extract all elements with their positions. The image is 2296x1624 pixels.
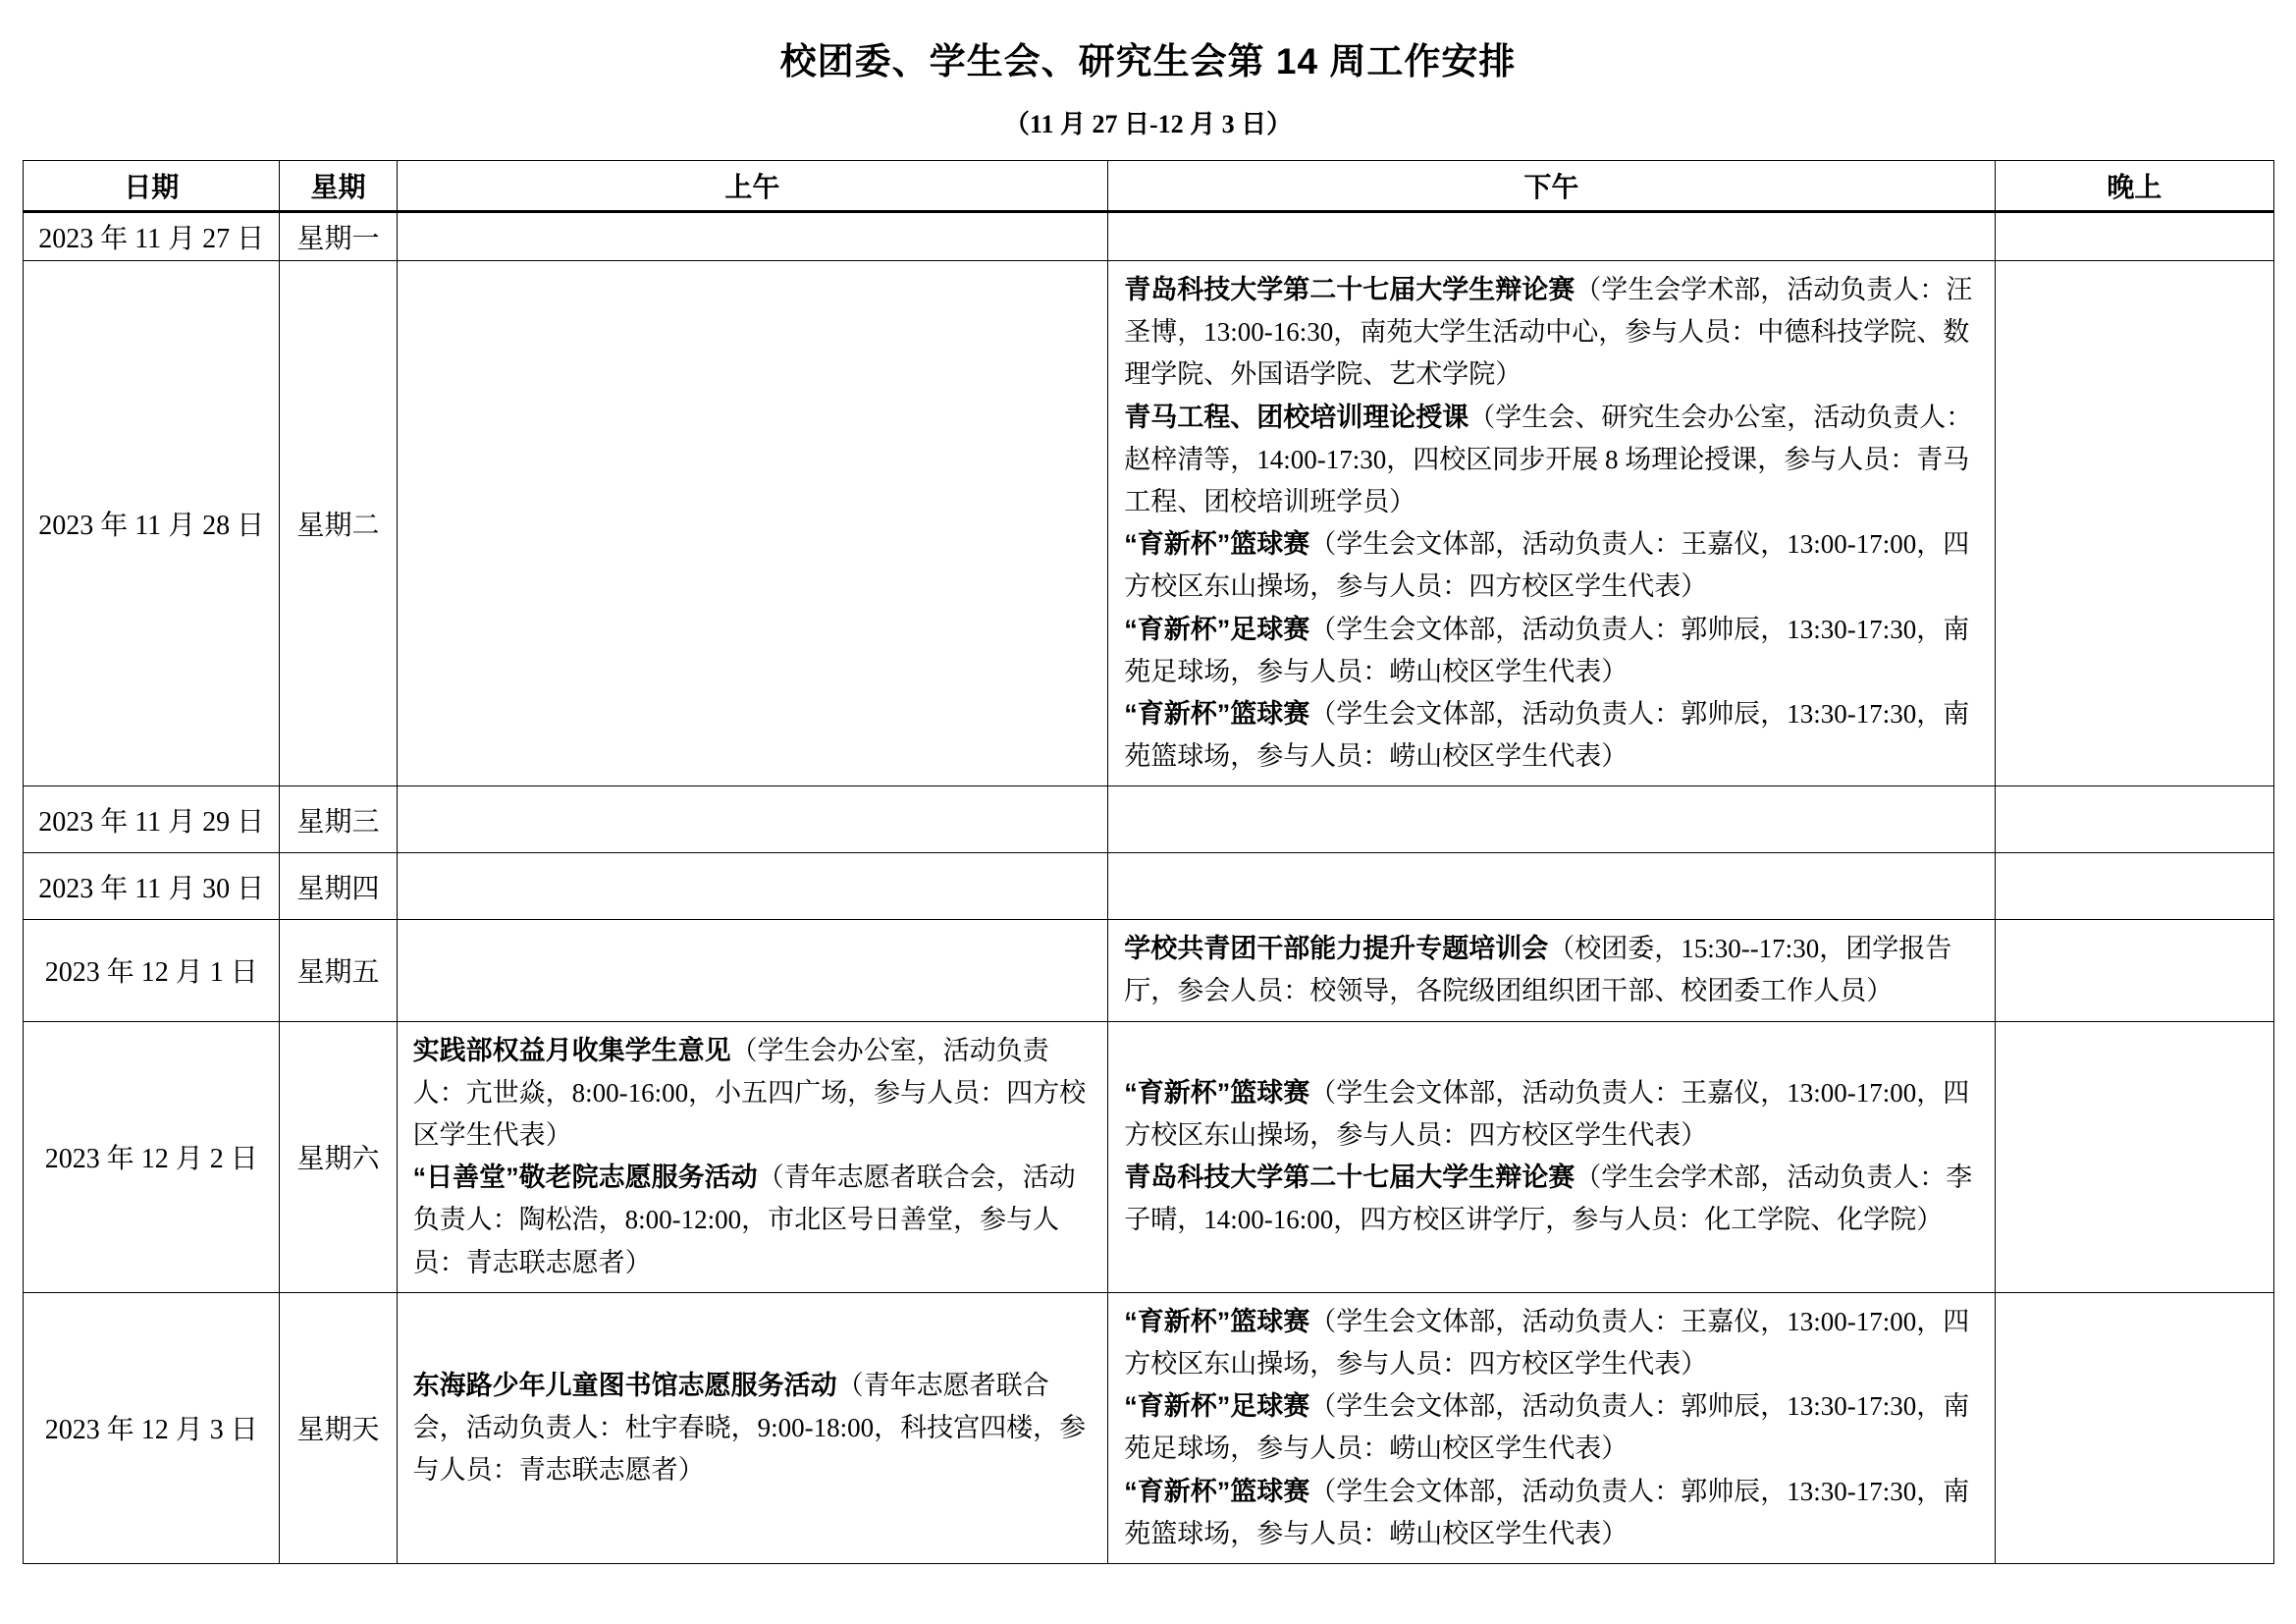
schedule-table: 日期星期上午下午晚上 2023 年 11 月 27 日星期一2023 年 11 … [23, 160, 2274, 1564]
activity-name: 学校共青团干部能力提升专题培训会 [1124, 934, 1548, 963]
column-header-morning: 上午 [397, 161, 1108, 212]
activity: “育新杯”篮球赛（学生会文体部，活动负责人：郭帅辰，13:30-17:30，南苑… [1124, 1471, 1978, 1555]
morning-cell: 实践部权益月收集学生意见（学生会办公室，活动负责人：亢世焱，8:00-16:00… [397, 1021, 1108, 1292]
activity: 实践部权益月收集学生意见（学生会办公室，活动负责人：亢世焱，8:00-16:00… [413, 1030, 1093, 1158]
activity-name: 青岛科技大学第二十七届大学生辩论赛 [1124, 1163, 1575, 1192]
activity: “日善堂”敬老院志愿服务活动（青年志愿者联合会，活动负责人：陶松浩，8:00-1… [413, 1157, 1093, 1284]
weekday-cell: 星期五 [280, 920, 397, 1021]
activity-name: “育新杯”篮球赛 [1124, 1477, 1309, 1506]
evening-cell [1995, 212, 2273, 261]
table-row: 2023 年 11 月 27 日星期一 [24, 212, 2274, 261]
afternoon-cell [1108, 786, 1995, 853]
header-row: 日期星期上午下午晚上 [24, 161, 2274, 212]
activity: 青岛科技大学第二十七届大学生辩论赛（学生会学术部，活动负责人：汪圣博，13:00… [1124, 269, 1978, 397]
activity: “育新杯”篮球赛（学生会文体部，活动负责人：王嘉仪，13:00-17:00，四方… [1124, 1301, 1978, 1385]
activity: 东海路少年儿童图书馆志愿服务活动（青年志愿者联合会，活动负责人：杜宇春晓，9:0… [413, 1365, 1093, 1492]
activity: 青岛科技大学第二十七届大学生辩论赛（学生会学术部，活动负责人：李子晴，14:00… [1124, 1157, 1978, 1241]
date-cell: 2023 年 12 月 1 日 [24, 920, 280, 1021]
morning-cell: 东海路少年儿童图书馆志愿服务活动（青年志愿者联合会，活动负责人：杜宇春晓，9:0… [397, 1292, 1108, 1563]
weekday-cell: 星期二 [280, 261, 397, 786]
activity: “育新杯”足球赛（学生会文体部，活动负责人：郭帅辰，13:30-17:30，南苑… [1124, 1385, 1978, 1470]
activity-name: 东海路少年儿童图书馆志愿服务活动 [413, 1371, 837, 1400]
date-cell: 2023 年 11 月 29 日 [24, 786, 280, 853]
evening-cell [1995, 920, 2273, 1021]
activity-name: “育新杯”足球赛 [1124, 1391, 1309, 1421]
activity: 学校共青团干部能力提升专题培训会（校团委，15:30--17:30，团学报告厅，… [1124, 928, 1978, 1012]
activity: “育新杯”足球赛（学生会文体部，活动负责人：郭帅辰，13:30-17:30，南苑… [1124, 609, 1978, 693]
evening-cell [1995, 1021, 2273, 1292]
page-title: 校团委、学生会、研究生会第 14 周工作安排 [0, 0, 2296, 84]
afternoon-cell: “育新杯”篮球赛（学生会文体部，活动负责人：王嘉仪，13:00-17:00，四方… [1108, 1292, 1995, 1563]
column-header-evening: 晚上 [1995, 161, 2273, 212]
afternoon-cell: 青岛科技大学第二十七届大学生辩论赛（学生会学术部，活动负责人：汪圣博，13:00… [1108, 261, 1995, 786]
date-cell: 2023 年 11 月 28 日 [24, 261, 280, 786]
page-subtitle: （11 月 27 日-12 月 3 日） [0, 104, 2296, 140]
afternoon-cell [1108, 853, 1995, 920]
morning-cell [397, 920, 1108, 1021]
afternoon-cell: “育新杯”篮球赛（学生会文体部，活动负责人：王嘉仪，13:00-17:00，四方… [1108, 1021, 1995, 1292]
column-header-afternoon: 下午 [1108, 161, 1995, 212]
column-header-date: 日期 [24, 161, 280, 212]
activity: “育新杯”篮球赛（学生会文体部，活动负责人：王嘉仪，13:00-17:00，四方… [1124, 523, 1978, 608]
morning-cell [397, 261, 1108, 786]
date-cell: 2023 年 12 月 2 日 [24, 1021, 280, 1292]
morning-cell [397, 212, 1108, 261]
activity: 青马工程、团校培训理论授课（学生会、研究生会办公室，活动负责人：赵梓清等，14:… [1124, 397, 1978, 524]
document-page: 校团委、学生会、研究生会第 14 周工作安排 （11 月 27 日-12 月 3… [0, 0, 2296, 1624]
table-row: 2023 年 11 月 28 日星期二青岛科技大学第二十七届大学生辩论赛（学生会… [24, 261, 2274, 786]
evening-cell [1995, 1292, 2273, 1563]
column-header-weekday: 星期 [280, 161, 397, 212]
table-row: 2023 年 11 月 30 日星期四 [24, 853, 2274, 920]
table-row: 2023 年 12 月 1 日星期五学校共青团干部能力提升专题培训会（校团委，1… [24, 920, 2274, 1021]
activity-name: “育新杯”篮球赛 [1124, 529, 1309, 559]
morning-cell [397, 786, 1108, 853]
activity-name: “日善堂”敬老院志愿服务活动 [413, 1163, 758, 1192]
activity: “育新杯”篮球赛（学生会文体部，活动负责人：郭帅辰，13:30-17:30，南苑… [1124, 693, 1978, 778]
activity-name: “育新杯”篮球赛 [1124, 699, 1309, 729]
evening-cell [1995, 261, 2273, 786]
activity-name: “育新杯”足球赛 [1124, 615, 1309, 644]
evening-cell [1995, 786, 2273, 853]
weekday-cell: 星期四 [280, 853, 397, 920]
afternoon-cell [1108, 212, 1995, 261]
afternoon-cell: 学校共青团干部能力提升专题培训会（校团委，15:30--17:30，团学报告厅，… [1108, 920, 1995, 1021]
activity-name: “育新杯”篮球赛 [1124, 1307, 1309, 1336]
activity-name: 青马工程、团校培训理论授课 [1124, 403, 1468, 432]
activity-name: 实践部权益月收集学生意见 [413, 1036, 731, 1065]
table-row: 2023 年 12 月 3 日星期天东海路少年儿童图书馆志愿服务活动（青年志愿者… [24, 1292, 2274, 1563]
evening-cell [1995, 853, 2273, 920]
weekday-cell: 星期一 [280, 212, 397, 261]
activity-name: “育新杯”篮球赛 [1124, 1078, 1309, 1108]
date-cell: 2023 年 11 月 30 日 [24, 853, 280, 920]
activity: “育新杯”篮球赛（学生会文体部，活动负责人：王嘉仪，13:00-17:00，四方… [1124, 1072, 1978, 1157]
morning-cell [397, 853, 1108, 920]
activity-name: 青岛科技大学第二十七届大学生辩论赛 [1124, 275, 1575, 304]
table-row: 2023 年 11 月 29 日星期三 [24, 786, 2274, 853]
date-cell: 2023 年 11 月 27 日 [24, 212, 280, 261]
table-row: 2023 年 12 月 2 日星期六实践部权益月收集学生意见（学生会办公室，活动… [24, 1021, 2274, 1292]
date-cell: 2023 年 12 月 3 日 [24, 1292, 280, 1563]
weekday-cell: 星期三 [280, 786, 397, 853]
weekday-cell: 星期六 [280, 1021, 397, 1292]
weekday-cell: 星期天 [280, 1292, 397, 1563]
